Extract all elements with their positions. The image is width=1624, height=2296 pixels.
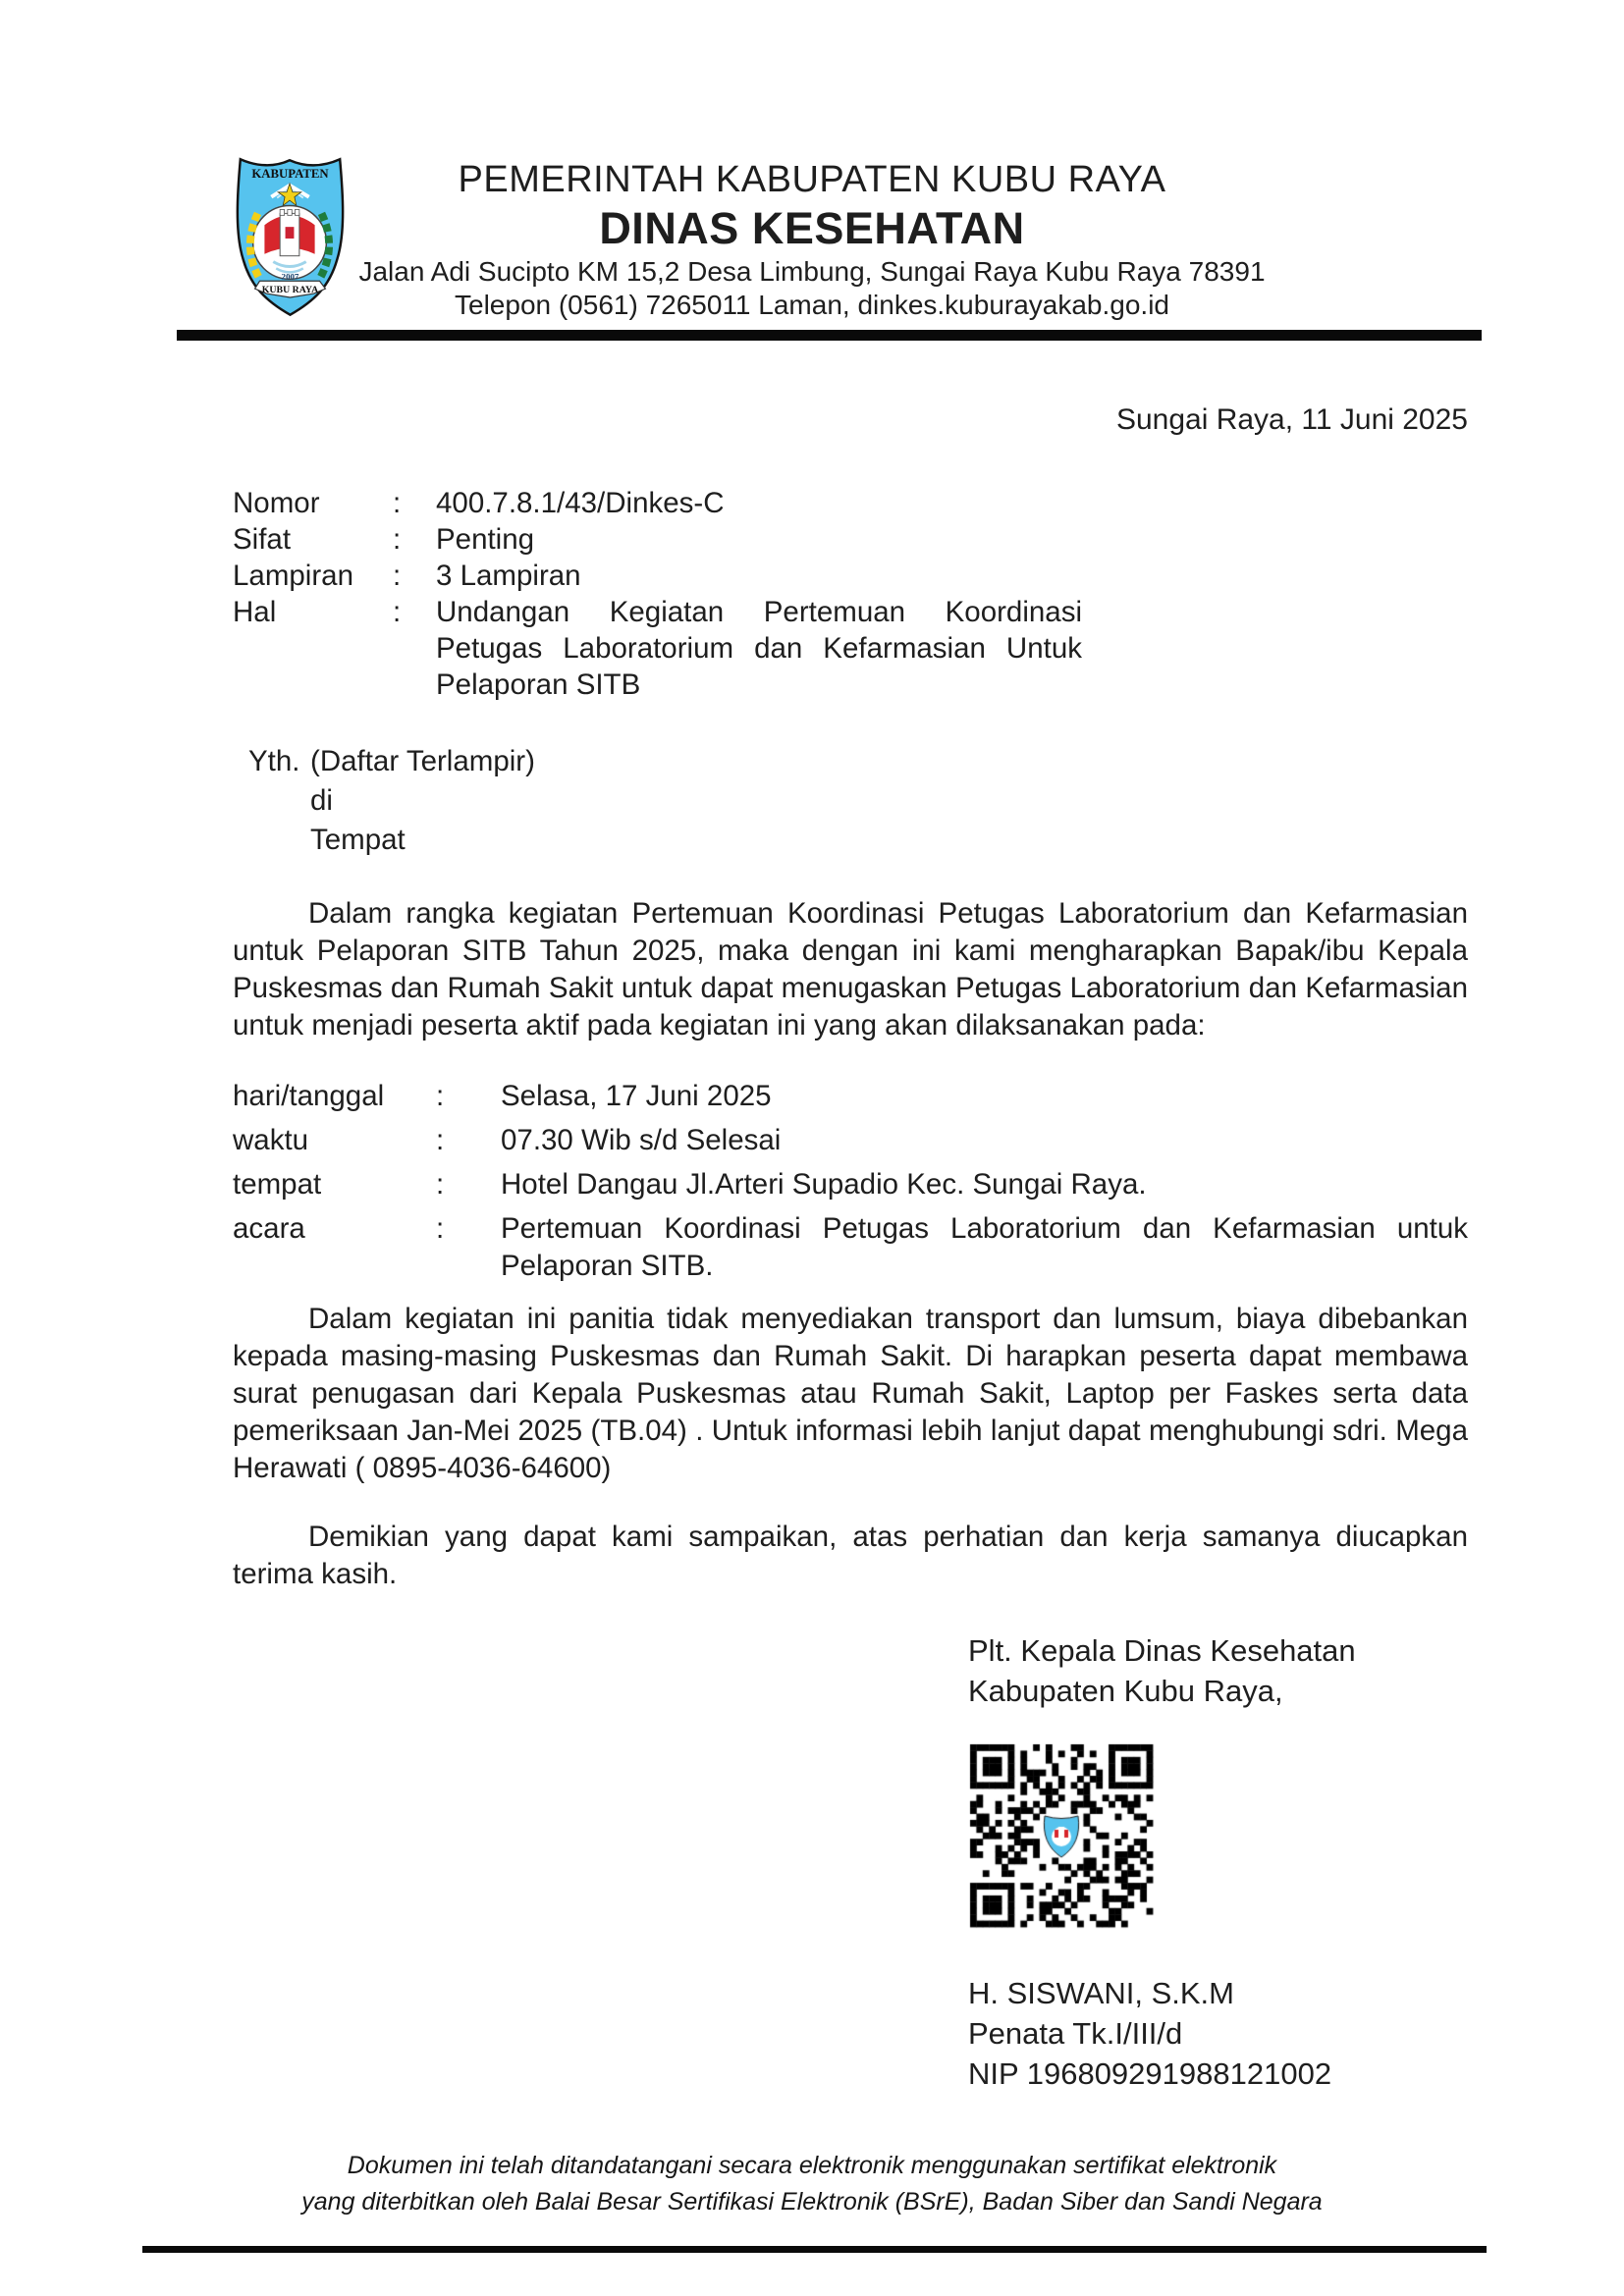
letter-subject: Undangan Kegiatan Pertemuan Koordinasi P… — [436, 594, 1082, 703]
detail-colon: : — [436, 1078, 501, 1115]
letterhead-text: PEMERINTAH KABUPATEN KUBU RAYA DINAS KES… — [177, 157, 1447, 322]
detail-row-hari: hari/tanggal : Selasa, 17 Juni 2025 — [233, 1078, 1468, 1115]
meta-label: Nomor — [233, 485, 393, 521]
detail-label: waktu — [233, 1122, 436, 1159]
footer-line-2: yang diterbitkan oleh Balai Besar Sertif… — [0, 2184, 1624, 2220]
recipient-salutation: Yth. — [248, 742, 310, 781]
bottom-rule — [142, 2246, 1487, 2253]
detail-row-tempat: tempat : Hotel Dangau Jl.Arteri Supadio … — [233, 1166, 1468, 1203]
agency-name: DINAS KESEHATAN — [177, 202, 1447, 255]
detail-row-acara: acara : Pertemuan Koordinasi Petugas Lab… — [233, 1210, 1468, 1285]
recipient-name: (Daftar Terlampir) — [310, 742, 535, 781]
detail-label: hari/tanggal — [233, 1078, 436, 1115]
meta-colon: : — [393, 594, 436, 703]
letter-page: KABUPATEN 2007 KUBU RAYA — [0, 0, 1624, 2296]
meta-row-nomor: Nomor : 400.7.8.1/43/Dinkes-C — [233, 485, 1468, 521]
meta-row-hal: Hal : Undangan Kegiatan Pertemuan Koordi… — [233, 594, 1468, 703]
letter-meta: Nomor : 400.7.8.1/43/Dinkes-C Sifat : Pe… — [233, 485, 1468, 703]
meta-colon: : — [393, 558, 436, 594]
kubu-raya-coat-of-arms-icon: KABUPATEN 2007 KUBU RAYA — [229, 152, 352, 321]
footer-note: Dokumen ini telah ditandatangani secara … — [0, 2148, 1624, 2220]
signatory-title-line2: Kabupaten Kubu Raya, — [968, 1671, 1624, 1711]
detail-colon: : — [436, 1166, 501, 1203]
logo-kubu-raya-text: KUBU RAYA — [262, 285, 319, 295]
meta-colon: : — [393, 485, 436, 521]
opening-paragraph: Dalam rangka kegiatan Pertemuan Koordina… — [233, 895, 1468, 1044]
meta-label: Lampiran — [233, 558, 393, 594]
recipient-place: Tempat — [310, 821, 1468, 860]
footer-line-1: Dokumen ini telah ditandatangani secara … — [0, 2148, 1624, 2184]
logo-year-text: 2007 — [282, 271, 299, 281]
letter-nature: Penting — [436, 521, 534, 558]
middle-paragraph: Dalam kegiatan ini panitia tidak menyedi… — [233, 1301, 1468, 1487]
recipient-line: Yth. (Daftar Terlampir) — [233, 742, 1468, 781]
dateline: Sungai Raya, 11 Juni 2025 — [233, 401, 1468, 438]
contact-line: Telepon (0561) 7265011 Laman, dinkes.kub… — [177, 289, 1447, 322]
meta-label: Sifat — [233, 521, 393, 558]
event-time: 07.30 Wib s/d Selesai — [501, 1122, 1468, 1159]
signatory-name: H. SISWANI, S.K.M — [968, 1973, 1624, 2013]
meta-label: Hal — [233, 594, 393, 703]
meta-row-lampiran: Lampiran : 3 Lampiran — [233, 558, 1468, 594]
meta-colon: : — [393, 521, 436, 558]
event-details: hari/tanggal : Selasa, 17 Juni 2025 wakt… — [233, 1078, 1468, 1285]
event-agenda: Pertemuan Koordinasi Petugas Laboratoriu… — [501, 1210, 1468, 1285]
letterhead: KABUPATEN 2007 KUBU RAYA — [0, 0, 1624, 322]
signatory-title-line1: Plt. Kepala Dinas Kesehatan — [968, 1630, 1624, 1671]
detail-colon: : — [436, 1122, 501, 1159]
detail-colon: : — [436, 1210, 501, 1285]
letterhead-divider — [177, 330, 1482, 341]
detail-label: acara — [233, 1210, 436, 1285]
meta-row-sifat: Sifat : Penting — [233, 521, 1468, 558]
letter-number: 400.7.8.1/43/Dinkes-C — [436, 485, 725, 521]
signatory-nip: NIP 196809291988121002 — [968, 2054, 1624, 2094]
event-venue: Hotel Dangau Jl.Arteri Supadio Kec. Sung… — [501, 1166, 1468, 1203]
event-date: Selasa, 17 Juni 2025 — [501, 1078, 1468, 1115]
qr-code-canvas — [968, 1742, 1155, 1929]
signatory-rank: Penata Tk.I/III/d — [968, 2013, 1624, 2054]
closing-paragraph: Demikian yang dapat kami sampaikan, atas… — [233, 1519, 1468, 1593]
detail-label: tempat — [233, 1166, 436, 1203]
detail-row-waktu: waktu : 07.30 Wib s/d Selesai — [233, 1122, 1468, 1159]
qr-code-electronic-signature-icon — [968, 1742, 1155, 1929]
signature-block: Plt. Kepala Dinas Kesehatan Kabupaten Ku… — [968, 1630, 1624, 2094]
recipient-di: di — [310, 781, 1468, 821]
recipient-block: Yth. (Daftar Terlampir) di Tempat — [233, 742, 1468, 860]
address-line: Jalan Adi Sucipto KM 15,2 Desa Limbung, … — [177, 255, 1447, 289]
letter-attachments: 3 Lampiran — [436, 558, 581, 594]
government-name: PEMERINTAH KABUPATEN KUBU RAYA — [177, 157, 1447, 202]
logo-kabupaten-text: KABUPATEN — [251, 167, 329, 181]
